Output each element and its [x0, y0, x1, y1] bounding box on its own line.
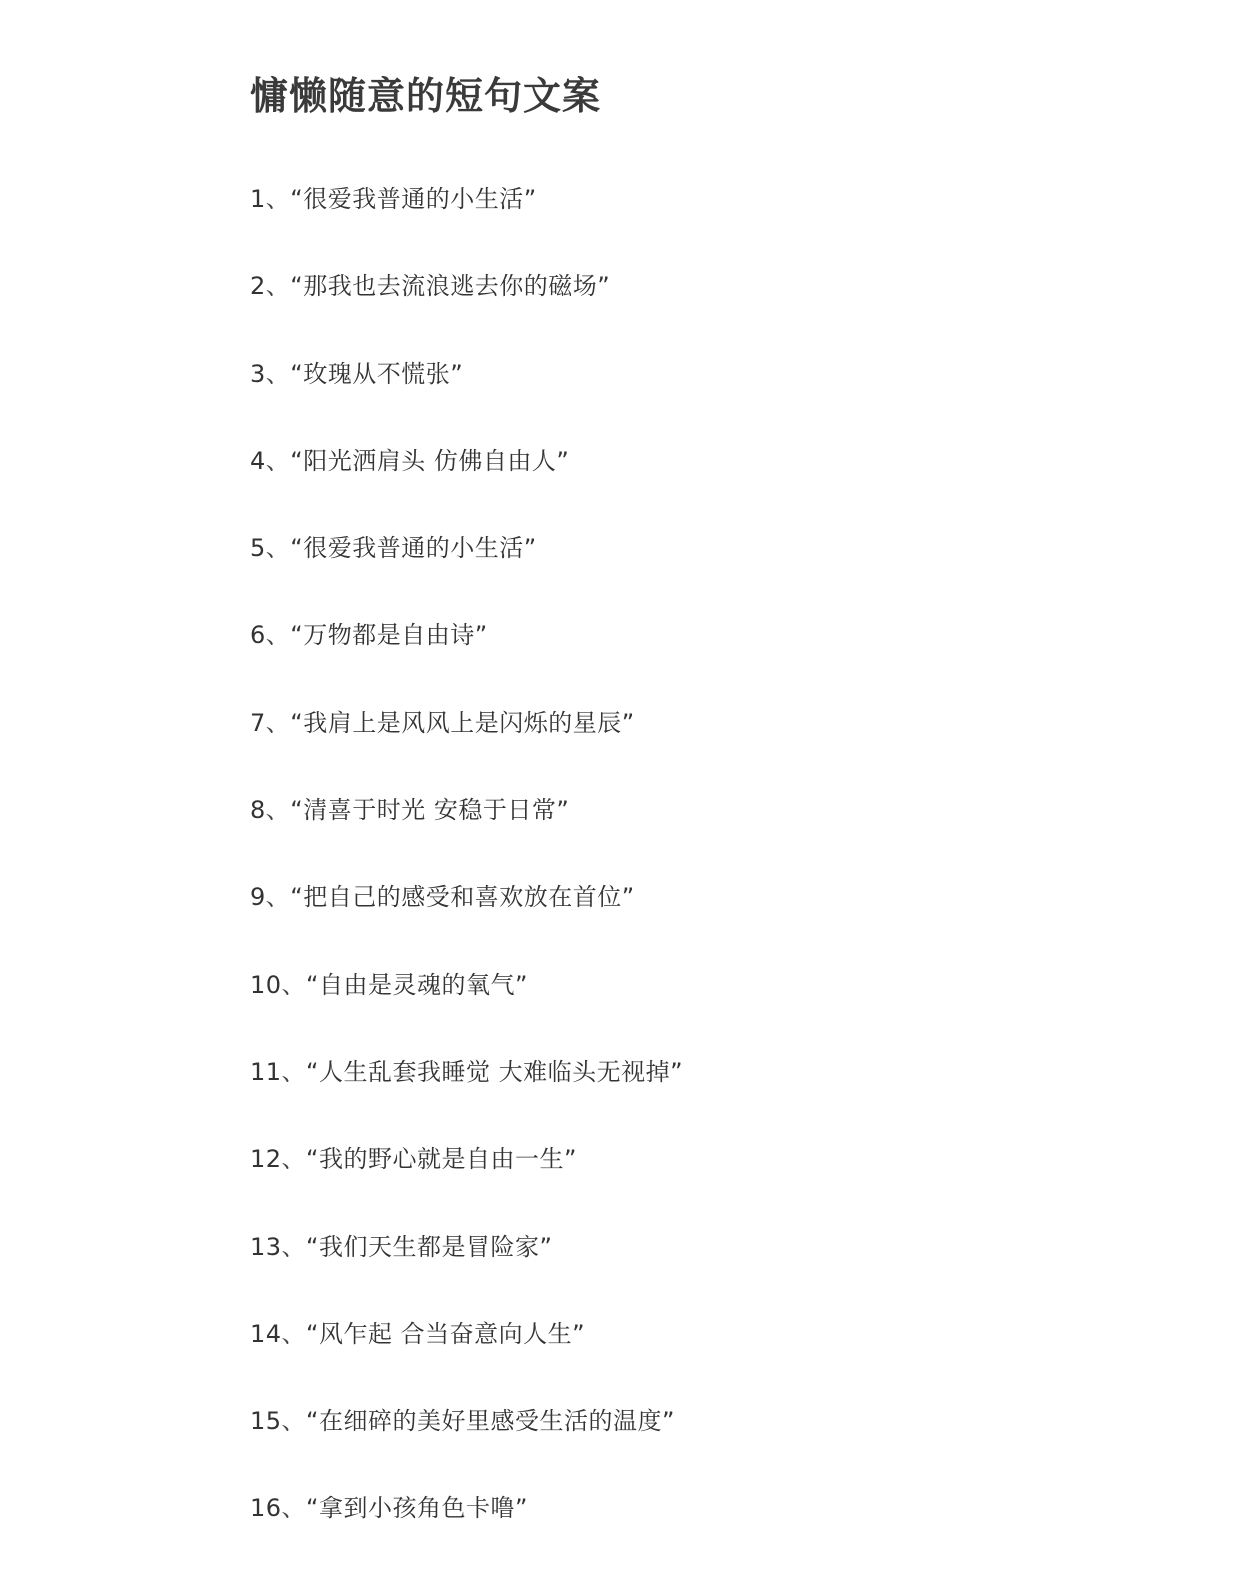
item-separator: 、: [266, 883, 291, 911]
item-text: “清喜于时光 安稳于日常”: [290, 796, 569, 824]
item-number: 5: [250, 534, 266, 562]
list-item: 8、“清喜于时光 安稳于日常”: [250, 792, 683, 879]
item-number: 10: [250, 971, 282, 999]
list-item: 6、“万物都是自由诗”: [250, 617, 683, 704]
item-separator: 、: [282, 971, 307, 999]
list-item: 16、“拿到小孩角色卡噜”: [250, 1490, 683, 1577]
list-item: 5、“很爱我普通的小生活”: [250, 530, 683, 617]
item-number: 6: [250, 621, 266, 649]
item-text: “风乍起 合当奋意向人生”: [306, 1320, 585, 1348]
list-item: 15、“在细碎的美好里感受生活的温度”: [250, 1403, 683, 1490]
item-text: “我的野心就是自由一生”: [306, 1145, 577, 1173]
item-separator: 、: [266, 360, 291, 388]
item-separator: 、: [282, 1494, 307, 1522]
item-number: 7: [250, 709, 266, 737]
item-separator: 、: [266, 621, 291, 649]
item-text: “那我也去流浪逃去你的磁场”: [290, 272, 610, 300]
list-item: 7、“我肩上是风风上是闪烁的星辰”: [250, 705, 683, 792]
item-separator: 、: [282, 1058, 307, 1086]
item-separator: 、: [282, 1233, 307, 1261]
list-item: 2、“那我也去流浪逃去你的磁场”: [250, 268, 683, 355]
item-text: “我们天生都是冒险家”: [306, 1233, 552, 1261]
list-item: 12、“我的野心就是自由一生”: [250, 1141, 683, 1228]
item-separator: 、: [266, 272, 291, 300]
page-title: 慵懒随意的短句文案: [250, 72, 601, 120]
item-separator: 、: [266, 796, 291, 824]
item-text: “很爱我普通的小生活”: [290, 185, 536, 213]
item-text: “人生乱套我睡觉 大难临头无视掉”: [306, 1058, 683, 1086]
quote-list: 1、“很爱我普通的小生活” 2、“那我也去流浪逃去你的磁场” 3、“玫瑰从不慌张…: [250, 181, 683, 1578]
list-item: 14、“风乍起 合当奋意向人生”: [250, 1316, 683, 1403]
item-text: “拿到小孩角色卡噜”: [306, 1494, 528, 1522]
item-separator: 、: [266, 709, 291, 737]
document-page: 慵懒随意的短句文案 1、“很爱我普通的小生活” 2、“那我也去流浪逃去你的磁场”…: [0, 0, 1244, 1592]
item-separator: 、: [266, 447, 291, 475]
item-number: 3: [250, 360, 266, 388]
item-number: 15: [250, 1407, 282, 1435]
item-number: 12: [250, 1145, 282, 1173]
item-text: “自由是灵魂的氧气”: [306, 971, 528, 999]
list-item: 11、“人生乱套我睡觉 大难临头无视掉”: [250, 1054, 683, 1141]
item-separator: 、: [266, 185, 291, 213]
item-separator: 、: [282, 1320, 307, 1348]
list-item: 9、“把自己的感受和喜欢放在首位”: [250, 879, 683, 966]
item-separator: 、: [266, 534, 291, 562]
list-item: 10、“自由是灵魂的氧气”: [250, 967, 683, 1054]
list-item: 1、“很爱我普通的小生活”: [250, 181, 683, 268]
list-item: 3、“玫瑰从不慌张”: [250, 356, 683, 443]
list-item: 13、“我们天生都是冒险家”: [250, 1229, 683, 1316]
item-text: “在细碎的美好里感受生活的温度”: [306, 1407, 675, 1435]
item-text: “阳光洒肩头 仿佛自由人”: [290, 447, 569, 475]
item-number: 13: [250, 1233, 282, 1261]
item-number: 9: [250, 883, 266, 911]
item-number: 11: [250, 1058, 282, 1086]
item-text: “很爱我普通的小生活”: [290, 534, 536, 562]
item-text: “把自己的感受和喜欢放在首位”: [290, 883, 634, 911]
item-number: 2: [250, 272, 266, 300]
item-number: 16: [250, 1494, 282, 1522]
item-text: “玫瑰从不慌张”: [290, 360, 463, 388]
item-number: 14: [250, 1320, 282, 1348]
item-number: 1: [250, 185, 266, 213]
item-separator: 、: [282, 1407, 307, 1435]
list-item: 4、“阳光洒肩头 仿佛自由人”: [250, 443, 683, 530]
item-number: 4: [250, 447, 266, 475]
item-text: “万物都是自由诗”: [290, 621, 487, 649]
item-number: 8: [250, 796, 266, 824]
item-separator: 、: [282, 1145, 307, 1173]
item-text: “我肩上是风风上是闪烁的星辰”: [290, 709, 634, 737]
